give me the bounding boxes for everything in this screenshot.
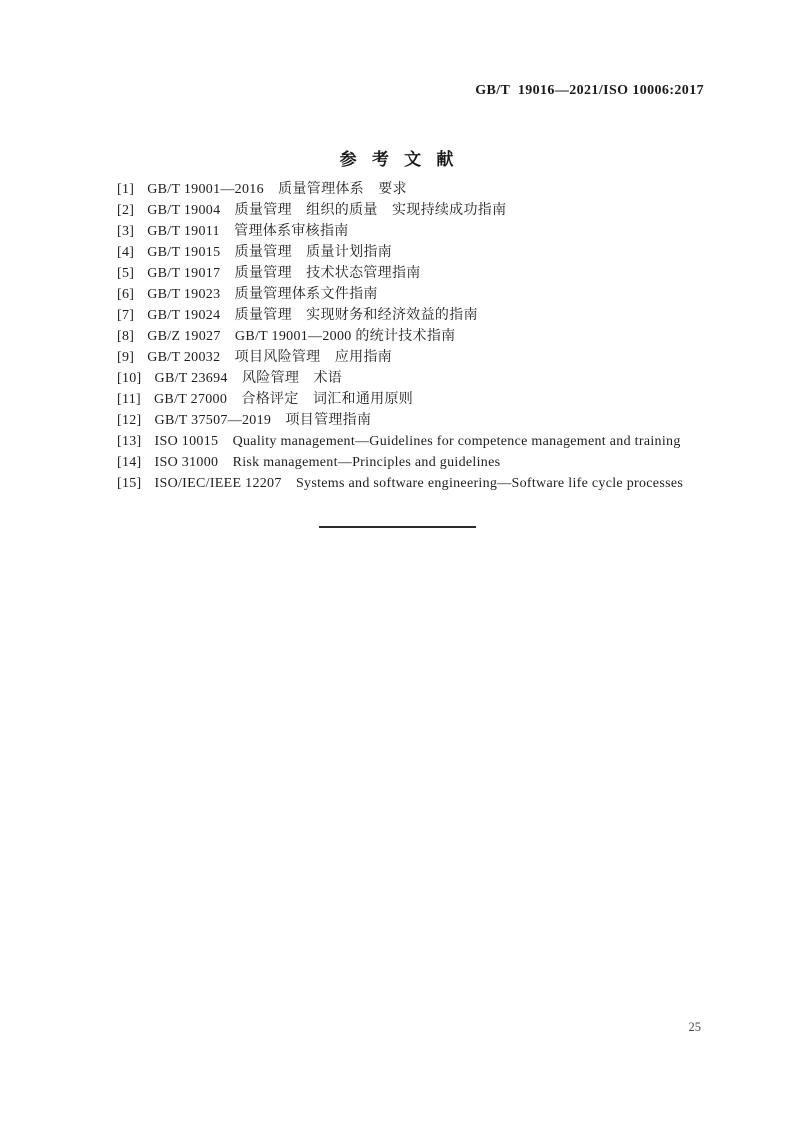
reference-item: [12] GB/T 37507—2019 项目管理指南 [117, 410, 717, 431]
reference-label: [1] [117, 179, 134, 200]
reference-text: GB/T 37507—2019 项目管理指南 [155, 410, 717, 431]
reference-label: [15] [117, 473, 142, 494]
reference-item: [3] GB/T 19011 管理体系审核指南 [117, 221, 717, 242]
reference-item: [10] GB/T 23694 风险管理 术语 [117, 368, 717, 389]
reference-label: [14] [117, 452, 142, 473]
reference-text: GB/T 19023 质量管理体系文件指南 [147, 284, 717, 305]
reference-text: GB/T 20032 项目风险管理 应用指南 [147, 347, 717, 368]
reference-item: [11] GB/T 27000 合格评定 词汇和通用原则 [117, 389, 717, 410]
reference-text: GB/T 27000 合格评定 词汇和通用原则 [154, 389, 717, 410]
reference-item: [13] ISO 10015 Quality management—Guidel… [117, 431, 717, 452]
reference-item: [7] GB/T 19024 质量管理 实现财务和经济效益的指南 [117, 305, 717, 326]
reference-label: [10] [117, 368, 142, 389]
reference-label: [9] [117, 347, 134, 368]
reference-item: [8] GB/Z 19027 GB/T 19001—2000 的统计技术指南 [117, 326, 717, 347]
reference-item: [6] GB/T 19023 质量管理体系文件指南 [117, 284, 717, 305]
reference-label: [8] [117, 326, 134, 347]
page-title: 参 考 文 献 [0, 145, 794, 170]
reference-item: [9] GB/T 20032 项目风险管理 应用指南 [117, 347, 717, 368]
reference-label: [5] [117, 263, 134, 284]
reference-label: [13] [117, 431, 142, 452]
reference-item: [5] GB/T 19017 质量管理 技术状态管理指南 [117, 263, 717, 284]
reference-item: [14] ISO 31000 Risk management—Principle… [117, 452, 717, 473]
reference-label: [12] [117, 410, 142, 431]
page-number: 25 [689, 1020, 702, 1035]
reference-text: ISO 10015 Quality management—Guidelines … [155, 431, 717, 452]
reference-item: [2] GB/T 19004 质量管理 组织的质量 实现持续成功指南 [117, 200, 717, 221]
reference-text: GB/T 19011 管理体系审核指南 [147, 221, 717, 242]
reference-item: [1] GB/T 19001—2016 质量管理体系 要求 [117, 179, 717, 200]
standard-number-header: GB/T 19016—2021/ISO 10006:2017 [475, 83, 704, 99]
reference-label: [7] [117, 305, 134, 326]
reference-text: GB/T 23694 风险管理 术语 [155, 368, 717, 389]
reference-text: ISO/IEC/IEEE 12207 Systems and software … [155, 473, 717, 494]
document-page: GB/T 19016—2021/ISO 10006:2017 参 考 文 献 [… [0, 0, 794, 1123]
end-of-document-divider [319, 526, 476, 528]
reference-label: [2] [117, 200, 134, 221]
reference-text: GB/T 19001—2016 质量管理体系 要求 [147, 179, 717, 200]
reference-text: GB/Z 19027 GB/T 19001—2000 的统计技术指南 [147, 326, 717, 347]
reference-label: [6] [117, 284, 134, 305]
reference-text: GB/T 19017 质量管理 技术状态管理指南 [147, 263, 717, 284]
reference-label: [11] [117, 389, 141, 410]
references-list: [1] GB/T 19001—2016 质量管理体系 要求 [2] GB/T 1… [117, 179, 717, 494]
reference-text: GB/T 19024 质量管理 实现财务和经济效益的指南 [147, 305, 717, 326]
reference-label: [4] [117, 242, 134, 263]
reference-text: GB/T 19015 质量管理 质量计划指南 [147, 242, 717, 263]
reference-text: ISO 31000 Risk management—Principles and… [155, 452, 717, 473]
reference-item: [15] ISO/IEC/IEEE 12207 Systems and soft… [117, 473, 717, 494]
reference-text: GB/T 19004 质量管理 组织的质量 实现持续成功指南 [147, 200, 717, 221]
reference-item: [4] GB/T 19015 质量管理 质量计划指南 [117, 242, 717, 263]
reference-label: [3] [117, 221, 134, 242]
